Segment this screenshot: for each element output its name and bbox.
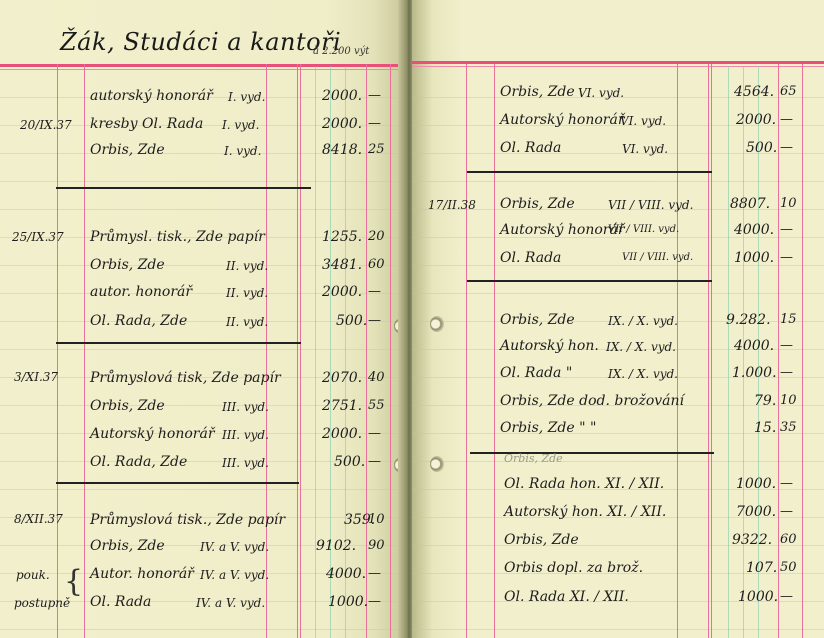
column-rule <box>466 64 467 638</box>
entry-cents: — <box>780 338 793 353</box>
group-separator <box>56 342 301 344</box>
entry-edition: IX. / X. vyd. <box>608 314 678 328</box>
entry-edition: VII / VIII. vyd. <box>622 252 693 263</box>
entry-amount: 4000. <box>734 338 774 354</box>
entry-amount: 1000. <box>736 476 776 492</box>
group-separator <box>56 482 299 484</box>
cents-rule <box>778 64 779 638</box>
entry-cents: — <box>368 116 381 131</box>
entry-cents: 10 <box>780 393 797 408</box>
entry-cents: — <box>780 476 793 491</box>
entry-amount: 4000. <box>734 222 774 238</box>
entry-amount: 4564. <box>734 84 774 100</box>
entry-cents: — <box>368 454 381 469</box>
entry-text: Průmyslová tisk, Zde papír <box>90 370 281 386</box>
entry-text: Autorský hon. <box>500 338 599 354</box>
entry-edition: I. vyd. <box>224 144 261 158</box>
entry-amount: 79. <box>754 393 776 409</box>
column-rule <box>297 64 298 638</box>
entry-text: Ol. Rada " <box>500 365 572 381</box>
entry-amount: 8807. <box>730 196 770 212</box>
entry-amount: 4000. <box>326 566 366 582</box>
entry-text: Orbis, Zde <box>90 142 165 158</box>
entry-edition: II. vyd. <box>226 259 268 273</box>
entry-text: Ol. Rada hon. XI. / XII. <box>504 476 664 492</box>
entry-cents: — <box>780 222 793 237</box>
entry-amount: 500. <box>336 313 367 329</box>
right-ledger-page: Orbis, Zde VI. vyd. 4564. 65 Autorský ho… <box>412 0 824 638</box>
entry-cents: — <box>368 313 381 328</box>
entry-edition: IX. / X. vyd. <box>608 367 678 381</box>
entry-text: Autorský honorář <box>90 426 215 442</box>
group-separator <box>467 280 712 282</box>
entry-text: Orbis, Zde <box>504 532 579 548</box>
entry-edition: IV. a V. vyd. <box>196 596 265 610</box>
entry-amount: 1.000. <box>732 365 777 381</box>
entry-text: Orbis, Zde <box>90 538 165 554</box>
entry-date: 20/IX.37 <box>20 118 72 132</box>
entry-text: Ol. Rada <box>90 594 151 610</box>
entry-cents: 90 <box>368 538 385 553</box>
entry-amount: 1000. <box>328 594 368 610</box>
side-note: postupně <box>14 596 70 610</box>
side-note: pouk. <box>16 568 50 582</box>
crossed-out-text: Orbis, Zde <box>504 452 563 465</box>
entry-edition: VII / VIII. vyd. <box>608 224 679 235</box>
entry-edition: III. vyd. <box>222 400 269 414</box>
entry-cents: — <box>780 112 793 127</box>
entry-cents: 40 <box>368 370 385 385</box>
left-ledger-page: Žák, Studáci a kantoři à 2.200 výt 20/IX… <box>0 0 406 638</box>
column-rule <box>708 64 709 638</box>
column-rule <box>711 64 712 638</box>
title-note: à 2.200 výt <box>313 46 369 57</box>
entry-amount: 2000. <box>322 116 362 132</box>
entry-cents: 25 <box>368 142 385 157</box>
entry-text: Autorský honorář <box>500 222 625 238</box>
entry-cents: 60 <box>780 532 797 547</box>
entry-cents: — <box>368 566 381 581</box>
entry-text: Orbis, Zde <box>90 257 165 273</box>
binding-hole <box>430 456 444 472</box>
entry-cents: 65 <box>780 84 797 99</box>
entry-cents: 55 <box>368 398 385 413</box>
entry-cents: — <box>368 284 381 299</box>
entry-amount: 1000. <box>738 589 778 605</box>
entry-text: autor. honorář <box>90 284 192 300</box>
entry-amount: 1255. <box>322 229 362 245</box>
column-rule <box>802 64 803 638</box>
brace-icon: { <box>64 564 83 599</box>
entry-cents: 50 <box>780 560 797 575</box>
entry-amount: 9.282. <box>726 312 771 328</box>
entry-cents: — <box>780 504 793 519</box>
entry-text: Orbis, Zde <box>90 398 165 414</box>
entry-date: 25/IX.37 <box>12 230 64 244</box>
entry-edition: VI. vyd. <box>622 142 668 156</box>
entry-text: Autor. honorář <box>90 566 194 582</box>
entry-amount: 15. <box>754 420 776 436</box>
entry-cents: — <box>368 594 381 609</box>
entry-amount: 2000. <box>736 112 776 128</box>
column-rule <box>57 64 58 638</box>
entry-text: Orbis, Zde dod. brožování <box>500 393 684 409</box>
entry-text: Orbis, Zde <box>500 196 575 212</box>
entry-amount: 500. <box>746 140 777 156</box>
entry-text: Orbis, Zde <box>500 84 575 100</box>
entry-edition: VI. vyd. <box>620 114 666 128</box>
entry-cents: 35 <box>780 420 797 435</box>
column-rule <box>494 64 495 638</box>
entry-edition: VII / VIII. vyd. <box>608 198 693 212</box>
header-red-rule-thin <box>412 66 824 67</box>
entry-text: Orbis dopl. za brož. <box>504 560 643 576</box>
entry-date: 3/XI.37 <box>14 370 58 384</box>
entry-amount: 107. <box>746 560 777 576</box>
entry-text: Ol. Rada XI. / XII. <box>504 589 629 605</box>
entry-text: Autorský honorář <box>500 112 625 128</box>
entry-text: Orbis, Zde <box>500 312 575 328</box>
entry-amount: 3481. <box>322 257 362 273</box>
column-rule <box>390 64 391 638</box>
entry-amount: 2000. <box>322 284 362 300</box>
entry-edition: II. vyd. <box>226 286 268 300</box>
entry-text: Ol. Rada, Zde <box>90 454 187 470</box>
entry-edition: I. vyd. <box>222 118 259 132</box>
entry-text: autorský honorář <box>90 88 213 104</box>
entry-cents: — <box>780 589 793 604</box>
entry-text: kresby Ol. Rada <box>90 116 203 132</box>
entry-cents: 20 <box>368 229 385 244</box>
entry-text: Průmysl. tisk., Zde papír <box>90 229 265 245</box>
entry-cents: 15 <box>780 312 797 327</box>
entry-amount: 2000. <box>322 88 362 104</box>
entry-cents: 10 <box>368 512 385 527</box>
entry-amount: 2070. <box>322 370 362 386</box>
entry-amount: 9322. <box>732 532 772 548</box>
cents-rule <box>366 64 367 638</box>
entry-amount: 8418. <box>322 142 362 158</box>
digit-rule <box>728 66 729 638</box>
group-separator <box>56 187 311 189</box>
entry-date: 17/II.38 <box>428 198 476 212</box>
entry-cents: 60 <box>368 257 385 272</box>
entry-amount: 2751. <box>322 398 362 414</box>
entry-cents: — <box>368 88 381 103</box>
entry-amount: 2000. <box>322 426 362 442</box>
entry-edition: IX. / X. vyd. <box>606 340 676 354</box>
entry-date: 8/XII.37 <box>14 512 63 526</box>
group-separator <box>467 171 712 173</box>
header-red-rule <box>412 61 824 64</box>
entry-cents: — <box>780 365 793 380</box>
entry-amount: 500. <box>334 454 365 470</box>
entry-edition: I. vyd. <box>228 90 265 104</box>
entry-cents: — <box>780 250 793 265</box>
entry-text: Orbis, Zde " " <box>500 420 596 436</box>
entry-edition: VI. vyd. <box>578 86 624 100</box>
entry-text: Ol. Rada <box>500 140 561 156</box>
entry-edition: II. vyd. <box>226 315 268 329</box>
column-rule <box>84 64 85 638</box>
entry-cents: — <box>780 140 793 155</box>
entry-cents: 10 <box>780 196 797 211</box>
entry-amount: 9102. <box>316 538 356 554</box>
entry-text: Autorský hon. XI. / XII. <box>504 504 666 520</box>
entry-edition: III. vyd. <box>222 456 269 470</box>
column-rule <box>300 64 301 638</box>
entry-amount: 1000. <box>734 250 774 266</box>
entry-amount: 7000. <box>736 504 776 520</box>
entry-text: Ol. Rada, Zde <box>90 313 187 329</box>
entry-edition: IV. a V. vyd. <box>200 568 269 582</box>
entry-edition: IV. a V. vyd. <box>200 540 269 554</box>
entry-text: Ol. Rada <box>500 250 561 266</box>
entry-cents: — <box>368 426 381 441</box>
entry-edition: III. vyd. <box>222 428 269 442</box>
page-title: Žák, Studáci a kantoři <box>60 28 341 56</box>
entry-text: Průmyslová tisk., Zde papír <box>90 512 285 528</box>
binding-hole <box>430 316 444 332</box>
column-rule <box>677 64 678 638</box>
